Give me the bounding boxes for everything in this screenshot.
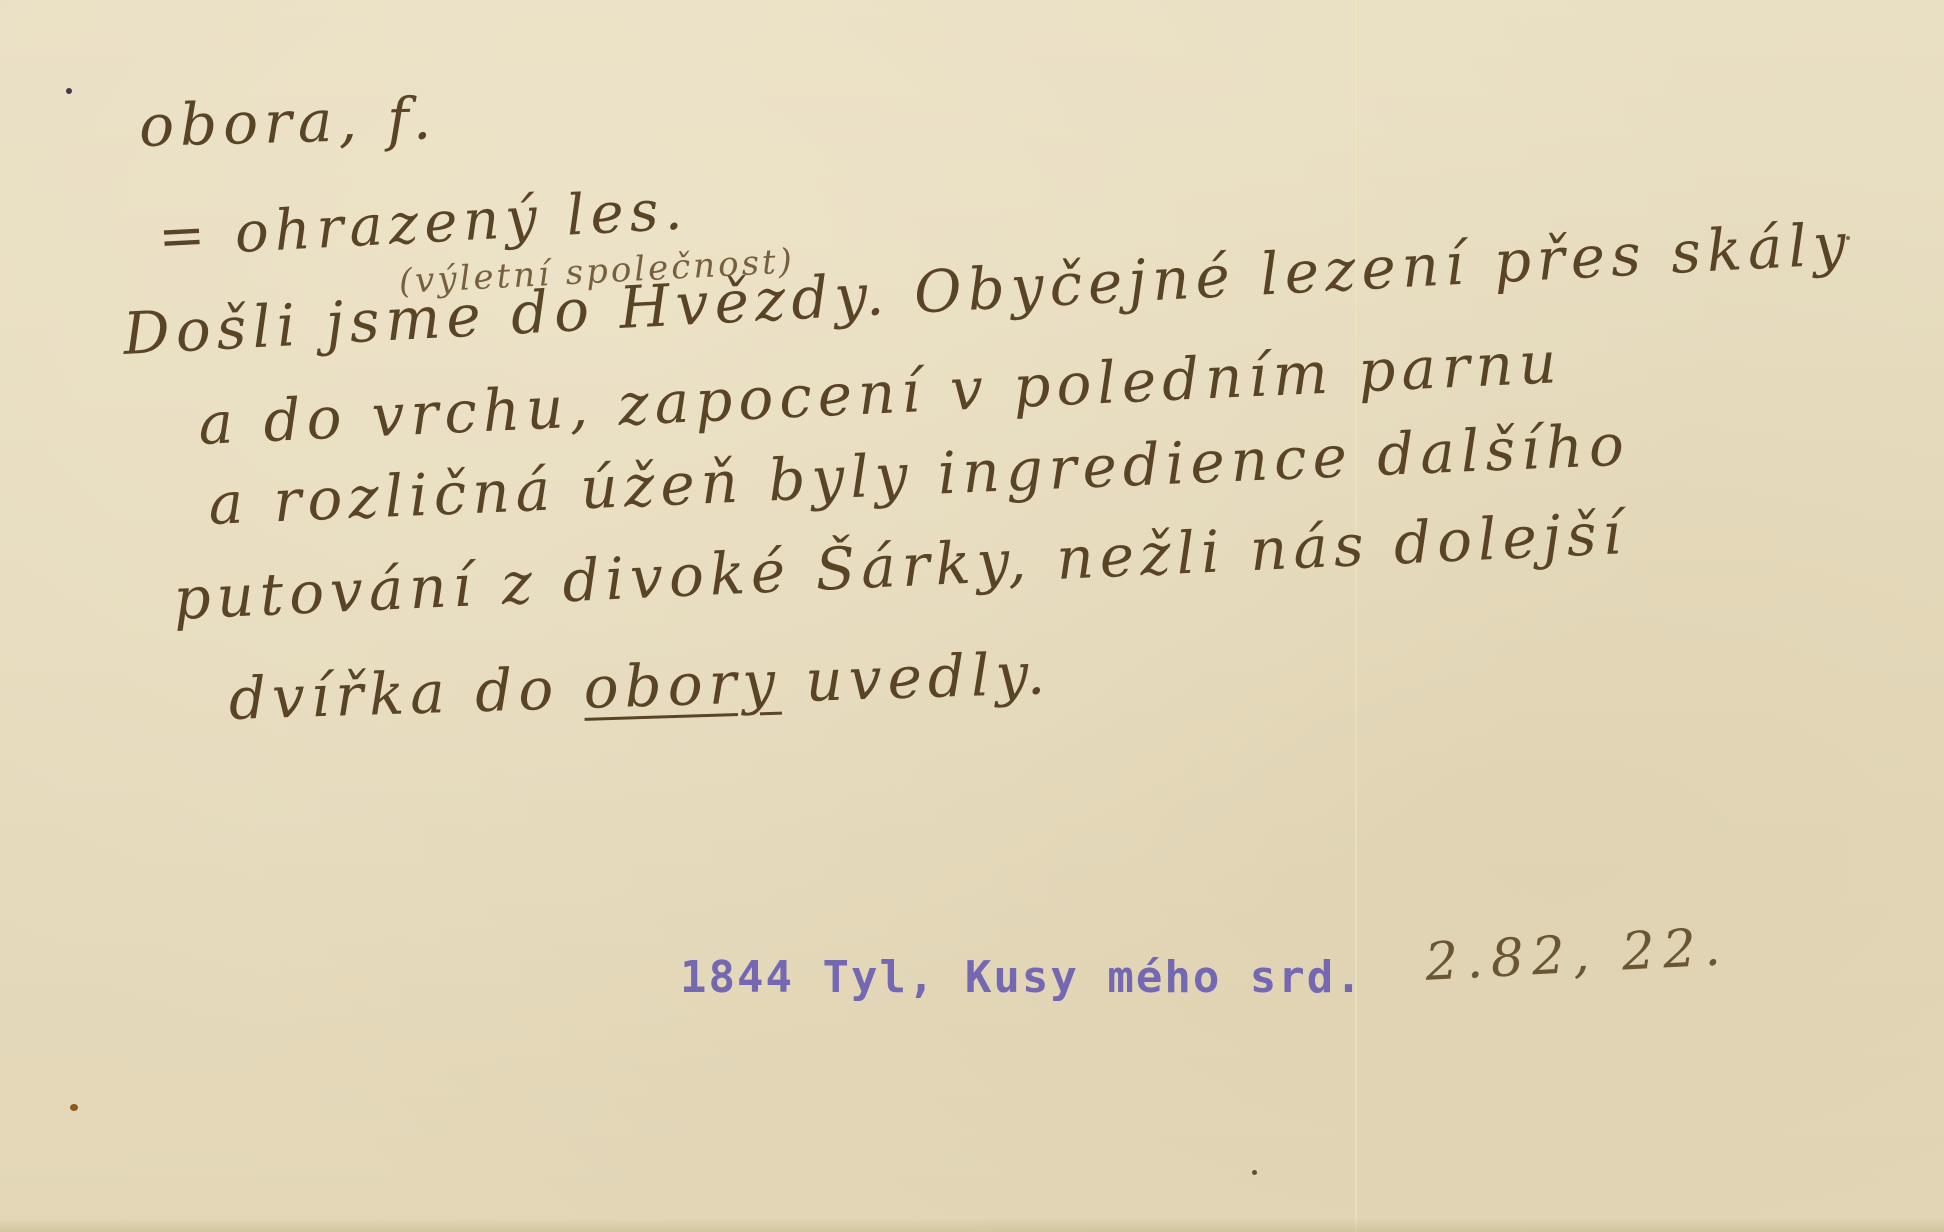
citation-line-5-head: dvířka do	[228, 654, 585, 733]
source-reference: 2.82, 22.	[1424, 917, 1730, 993]
headword: obora, f.	[138, 84, 438, 160]
ink-spot	[66, 88, 72, 94]
citation-line-5-tail: uvedly.	[780, 639, 1052, 715]
underlined-headword: obory	[583, 648, 783, 722]
ink-spot	[1252, 1170, 1257, 1175]
paper-edge	[0, 1218, 1944, 1232]
paper-crease	[1355, 0, 1357, 1232]
citation-line-5: dvířka do obory uvedly.	[228, 639, 1052, 733]
stain-spot	[70, 1104, 78, 1111]
source-stamp: 1844 Tyl, Kusy mého srd.	[680, 952, 1364, 1003]
dictionary-slip: obora, f. = ohrazený les. (výletní spole…	[0, 0, 1944, 1232]
